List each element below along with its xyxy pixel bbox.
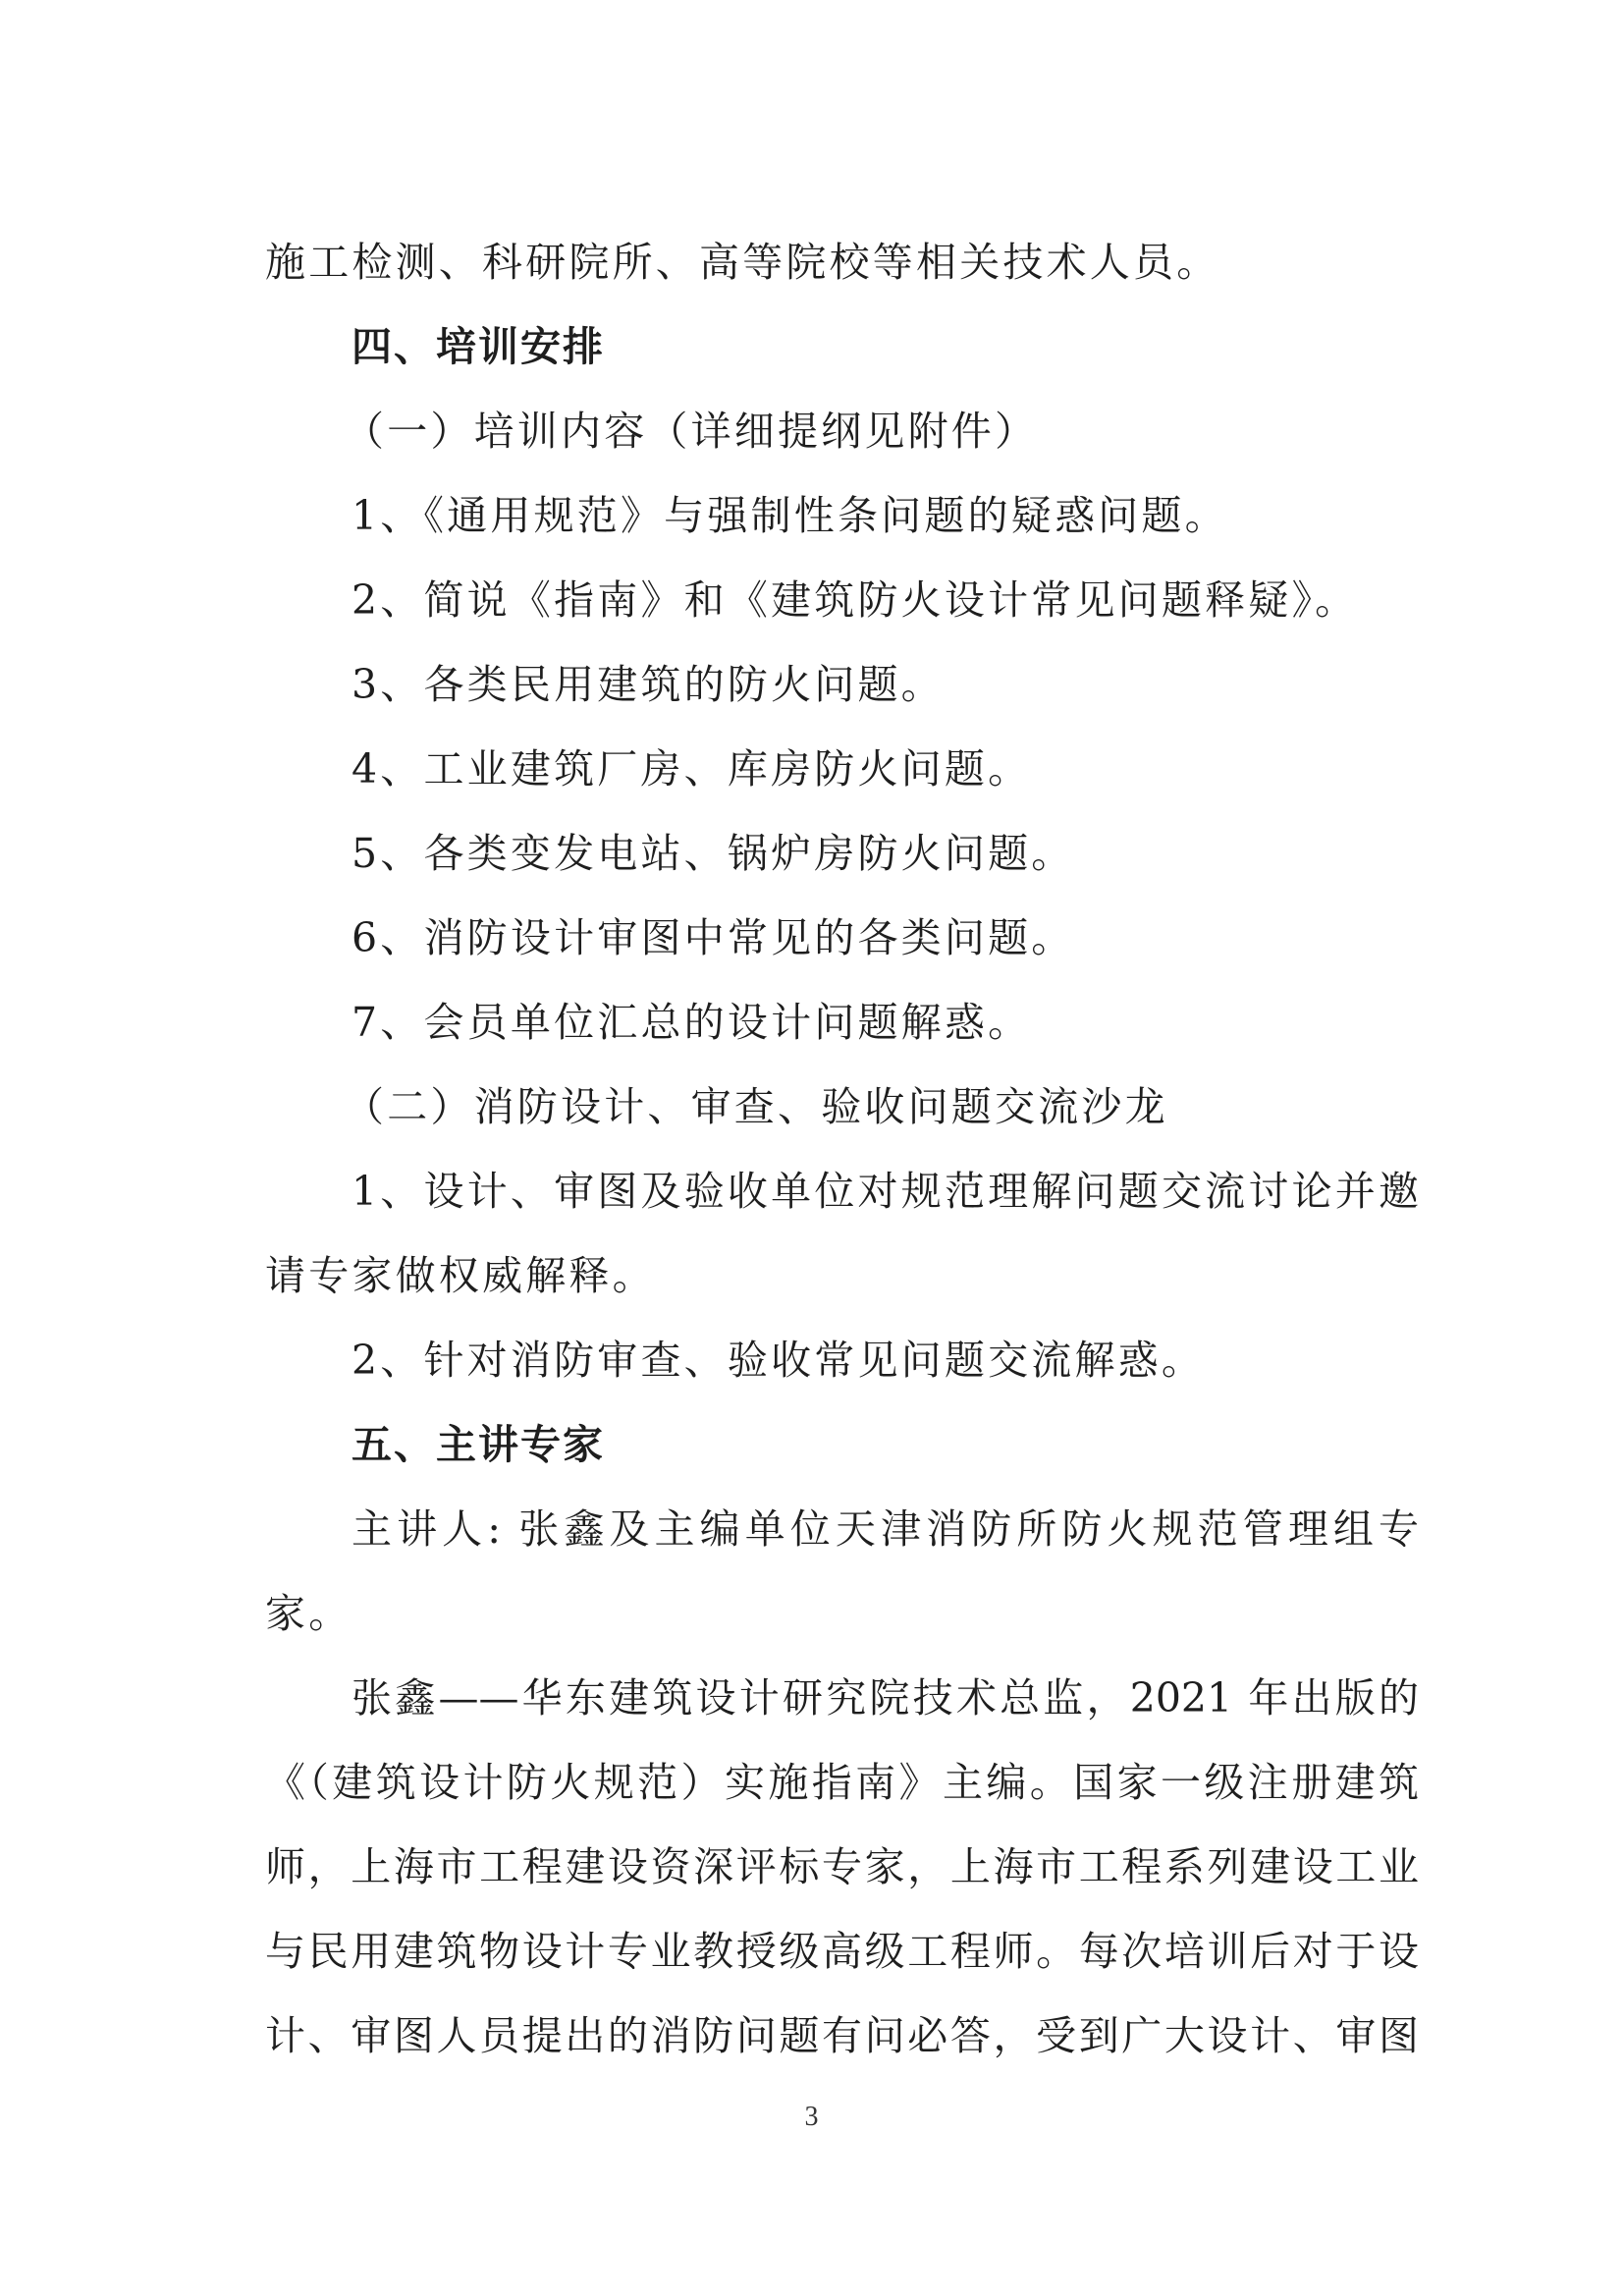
- list-item-4: 4、工业建筑厂房、库房防火问题。: [352, 744, 1419, 793]
- list-item-1: 1、《通用规范》与强制性条问题的疑惑问题。: [352, 491, 1419, 540]
- section-heading-training-arrangement: 四、培训安排: [352, 322, 1419, 371]
- salon-item-1-continuation: 请专家做权威解释。: [265, 1251, 1419, 1300]
- lecturer-intro-continuation: 家。: [265, 1589, 1419, 1638]
- subheading-salon: （二）消防设计、审查、验收问题交流沙龙: [344, 1082, 1497, 1131]
- list-item-5: 5、各类变发电站、锅炉房防火问题。: [352, 829, 1419, 878]
- lecturer-bio-line-1: 张鑫——华东建筑设计研究院技术总监，2021 年出版的: [352, 1673, 1419, 1722]
- list-item-7: 7、会员单位汇总的设计问题解惑。: [352, 998, 1419, 1047]
- lecturer-bio-line-5: 计、审图人员提出的消防问题有问必答，受到广大设计、审图: [265, 2011, 1419, 2060]
- list-item-2: 2、简说《指南》和《建筑防火设计常见问题释疑》。: [352, 575, 1419, 625]
- salon-item-2: 2、针对消防审查、验收常见问题交流解惑。: [352, 1336, 1419, 1385]
- salon-item-1: 1、设计、审图及验收单位对规范理解问题交流讨论并邀: [352, 1167, 1419, 1216]
- subheading-training-content: （一）培训内容（详细提纲见附件）: [344, 407, 1497, 456]
- list-item-3: 3、各类民用建筑的防火问题。: [352, 660, 1419, 709]
- document-page: 施工检测、科研院所、高等院校等相关技术人员。 四、培训安排 （一）培训内容（详细…: [0, 0, 1623, 2296]
- paragraph-continuation-attendees: 施工检测、科研院所、高等院校等相关技术人员。: [265, 238, 1419, 287]
- lecturer-intro: 主讲人: 张鑫及主编单位天津消防所防火规范管理组专: [352, 1504, 1419, 1554]
- lecturer-bio-line-4: 与民用建筑物设计专业教授级高级工程师。每次培训后对于设: [265, 1927, 1419, 1976]
- lecturer-bio-line-3: 师，上海市工程建设资深评标专家，上海市工程系列建设工业: [265, 1842, 1419, 1891]
- lecturer-bio-line-2: 《（建筑设计防火规范）实施指南》主编。国家一级注册建筑: [265, 1758, 1419, 1807]
- list-item-6: 6、消防设计审图中常见的各类问题。: [352, 913, 1419, 962]
- section-heading-lecturers: 五、主讲专家: [352, 1420, 1419, 1469]
- page-number: 3: [0, 2102, 1623, 2133]
